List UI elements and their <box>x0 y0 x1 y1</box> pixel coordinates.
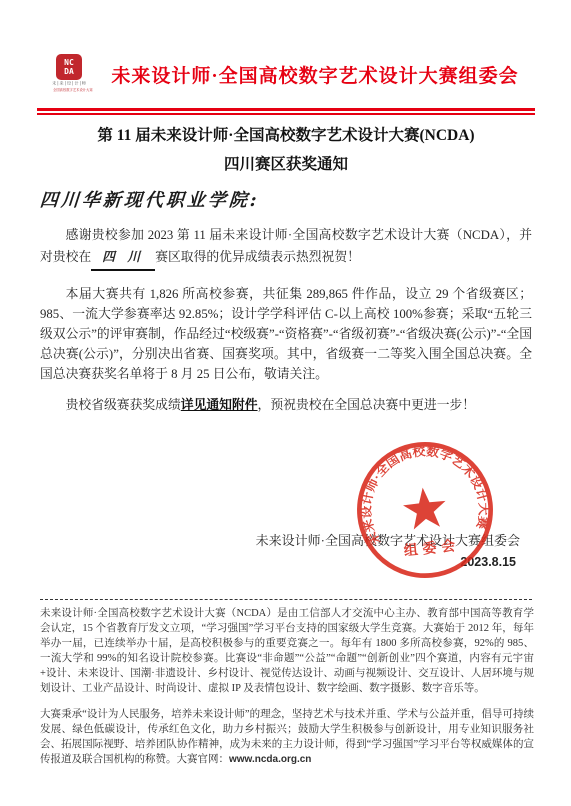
para1-text-after-blank: 赛区取得的优异成绩表示热烈祝贺！ <box>155 250 360 264</box>
para3-text-before-link: 贵校省级赛获奖成绩 <box>66 398 181 412</box>
logo-caption-cn: 未 | 来 | 设 | 计 | 师 <box>49 82 88 87</box>
signature-organization: 未来设计师·全国高校数字艺术设计大赛组委会 <box>256 530 520 549</box>
document-title-line1: 第 11 届未来设计师·全国高校数字艺术设计大赛(NCDA) <box>40 121 532 150</box>
footer-paragraph-mission: 大赛秉承“设计为人民服务，培养未来设计师”的理念，坚持艺术与技术并重、学术与公益… <box>40 707 534 767</box>
paragraph-competition-stats: 本届大赛共有 1,826 所高校参赛，共征集 289,865 件作品，设立 29… <box>40 284 532 384</box>
signature-date: 2023.8.15 <box>460 555 516 569</box>
letterhead: NCDA 未 | 来 | 设 | 计 | 师 全国高校数字艺术设计大赛 未来设计… <box>40 54 532 95</box>
letter-body: 感谢贵校参加 2023 第 11 届未来设计师·全国高校数字艺术设计大赛（NCD… <box>40 224 532 415</box>
letterhead-divider <box>37 108 535 115</box>
ncda-logo-seal-icon: NCDA <box>56 54 82 80</box>
footer-paragraph-intro: 未来设计师·全国高校数字艺术设计大赛（NCDA）是由工信部人才交流中心主办、教育… <box>40 606 534 696</box>
divider-thin-line <box>37 113 535 115</box>
paragraph-congratulations: 感谢贵校参加 2023 第 11 届未来设计师·全国高校数字艺术设计大赛（NCD… <box>40 224 532 271</box>
document-title-line2: 四川赛区获奖通知 <box>40 150 532 179</box>
footer-about-competition: 未来设计师·全国高校数字艺术设计大赛（NCDA）是由工信部人才交流中心主办、教育… <box>40 606 534 767</box>
seal-star-icon <box>401 485 448 530</box>
recipient-school-name: 四川华新现代职业学院: <box>39 186 533 212</box>
para3-text-after-link: ，预祝贵校在全国总决赛中更进一步！ <box>258 398 476 412</box>
logo-caption-competition: 全国高校数字艺术设计大赛 <box>53 89 85 92</box>
signature-block: 未来设计师·全国高校数字艺术设计大赛组委会 2023.8.15 未来设计师·全国… <box>40 415 532 600</box>
document-title: 第 11 届未来设计师·全国高校数字艺术设计大赛(NCDA) 四川赛区获奖通知 <box>40 121 532 179</box>
footer-divider <box>40 599 532 600</box>
committee-title: 未来设计师·全国高校数字艺术设计大赛组委会 <box>98 61 532 88</box>
region-fill-in-blank: 四 川 <box>91 247 155 271</box>
paragraph-results: 贵校省级赛获奖成绩详见通知附件，预祝贵校在全国总决赛中更进一步！ <box>40 395 532 415</box>
ncda-logo: NCDA 未 | 来 | 设 | 计 | 师 全国高校数字艺术设计大赛 <box>40 54 98 95</box>
ncda-logo-glyph: NCDA <box>63 58 75 76</box>
award-notice-document: NCDA 未 | 来 | 设 | 计 | 师 全国高校数字艺术设计大赛 未来设计… <box>0 0 571 806</box>
attachment-link[interactable]: 详见通知附件 <box>181 398 258 412</box>
divider-thick-line <box>37 108 535 111</box>
official-website-link[interactable]: www.ncda.org.cn <box>229 754 311 765</box>
